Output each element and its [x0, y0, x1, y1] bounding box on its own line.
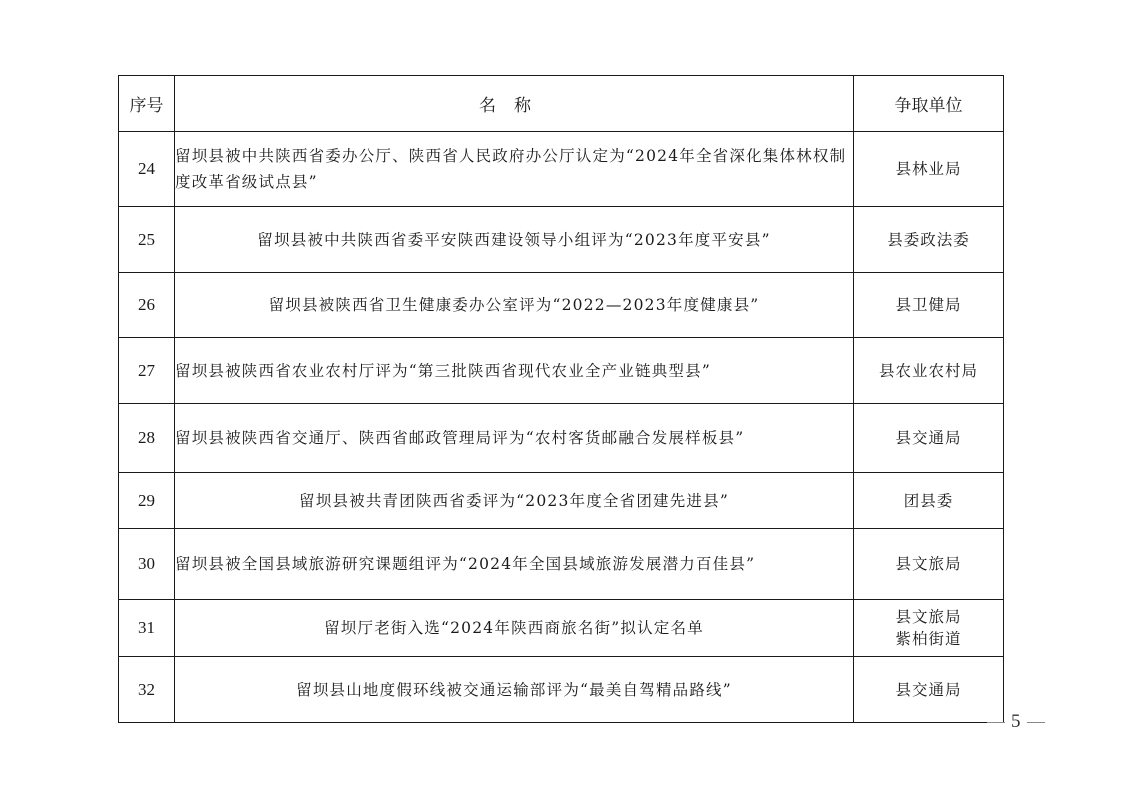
row-award-name: 留坝县被中共陕西省委办公厅、陕西省人民政府办公厅认定为“2024年全省深化集体林…: [175, 132, 854, 207]
header-number: 序号: [119, 76, 175, 132]
row-number: 31: [119, 600, 175, 657]
row-award-name: 留坝县被陕西省卫生健康委办公室评为“2022—2023年度健康县”: [175, 273, 854, 338]
table-row: 31留坝厅老街入选“2024年陕西商旅名街”拟认定名单县文旅局紫柏街道: [119, 600, 1004, 657]
footer-dash-left: [987, 722, 1005, 724]
row-responsible-unit: 团县委: [854, 473, 1004, 529]
row-award-name: 留坝厅老街入选“2024年陕西商旅名街”拟认定名单: [175, 600, 854, 657]
row-responsible-unit: 县文旅局: [854, 529, 1004, 600]
table-row: 27留坝县被陕西省农业农村厅评为“第三批陕西省现代农业全产业链典型县”县农业农村…: [119, 338, 1004, 404]
unit-name: 县农业农村局: [854, 360, 1003, 382]
unit-name: 县卫健局: [854, 294, 1003, 316]
row-number: 27: [119, 338, 175, 404]
unit-name: 县交通局: [854, 427, 1003, 449]
row-number: 32: [119, 657, 175, 723]
table-row: 28留坝县被陕西省交通厅、陕西省邮政管理局评为“农村客货邮融合发展样板县”县交通…: [119, 404, 1004, 473]
table-row: 30留坝县被全国县域旅游研究课题组评为“2024年全国县域旅游发展潜力百佳县”县…: [119, 529, 1004, 600]
page-footer: 5: [981, 711, 1051, 733]
awards-table: 序号 名称 争取单位 24留坝县被中共陕西省委办公厅、陕西省人民政府办公厅认定为…: [118, 75, 1004, 723]
unit-name: 县文旅局: [854, 553, 1003, 575]
table-body: 24留坝县被中共陕西省委办公厅、陕西省人民政府办公厅认定为“2024年全省深化集…: [119, 132, 1004, 723]
table-row: 32留坝县山地度假环线被交通运输部评为“最美自驾精品路线”县交通局: [119, 657, 1004, 723]
row-responsible-unit: 县交通局: [854, 404, 1004, 473]
row-award-name: 留坝县山地度假环线被交通运输部评为“最美自驾精品路线”: [175, 657, 854, 723]
row-number: 24: [119, 132, 175, 207]
header-unit: 争取单位: [854, 76, 1004, 132]
unit-name: 县委政法委: [854, 229, 1003, 251]
table-row: 24留坝县被中共陕西省委办公厅、陕西省人民政府办公厅认定为“2024年全省深化集…: [119, 132, 1004, 207]
row-responsible-unit: 县文旅局紫柏街道: [854, 600, 1004, 657]
row-responsible-unit: 县林业局: [854, 132, 1004, 207]
table-row: 26留坝县被陕西省卫生健康委办公室评为“2022—2023年度健康县”县卫健局: [119, 273, 1004, 338]
row-number: 30: [119, 529, 175, 600]
row-number: 29: [119, 473, 175, 529]
unit-name: 紫柏街道: [854, 628, 1003, 650]
row-responsible-unit: 县卫健局: [854, 273, 1004, 338]
row-award-name: 留坝县被陕西省农业农村厅评为“第三批陕西省现代农业全产业链典型县”: [175, 338, 854, 404]
document-page: 序号 名称 争取单位 24留坝县被中共陕西省委办公厅、陕西省人民政府办公厅认定为…: [0, 0, 1122, 793]
row-award-name: 留坝县被陕西省交通厅、陕西省邮政管理局评为“农村客货邮融合发展样板县”: [175, 404, 854, 473]
row-number: 28: [119, 404, 175, 473]
row-number: 25: [119, 207, 175, 273]
table-row: 29留坝县被共青团陕西省委评为“2023年度全省团建先进县”团县委: [119, 473, 1004, 529]
table-header-row: 序号 名称 争取单位: [119, 76, 1004, 132]
row-award-name: 留坝县被共青团陕西省委评为“2023年度全省团建先进县”: [175, 473, 854, 529]
row-responsible-unit: 县委政法委: [854, 207, 1004, 273]
row-award-name: 留坝县被全国县域旅游研究课题组评为“2024年全国县域旅游发展潜力百佳县”: [175, 529, 854, 600]
page-number: 5: [1011, 711, 1021, 732]
footer-dash-right: [1027, 722, 1045, 724]
unit-name: 县交通局: [854, 679, 1003, 701]
unit-name: 团县委: [854, 490, 1003, 512]
header-name: 名称: [175, 76, 854, 132]
row-award-name: 留坝县被中共陕西省委平安陕西建设领导小组评为“2023年度平安县”: [175, 207, 854, 273]
row-responsible-unit: 县农业农村局: [854, 338, 1004, 404]
unit-name: 县文旅局: [854, 606, 1003, 628]
row-number: 26: [119, 273, 175, 338]
unit-name: 县林业局: [854, 158, 1003, 180]
table-row: 25留坝县被中共陕西省委平安陕西建设领导小组评为“2023年度平安县”县委政法委: [119, 207, 1004, 273]
